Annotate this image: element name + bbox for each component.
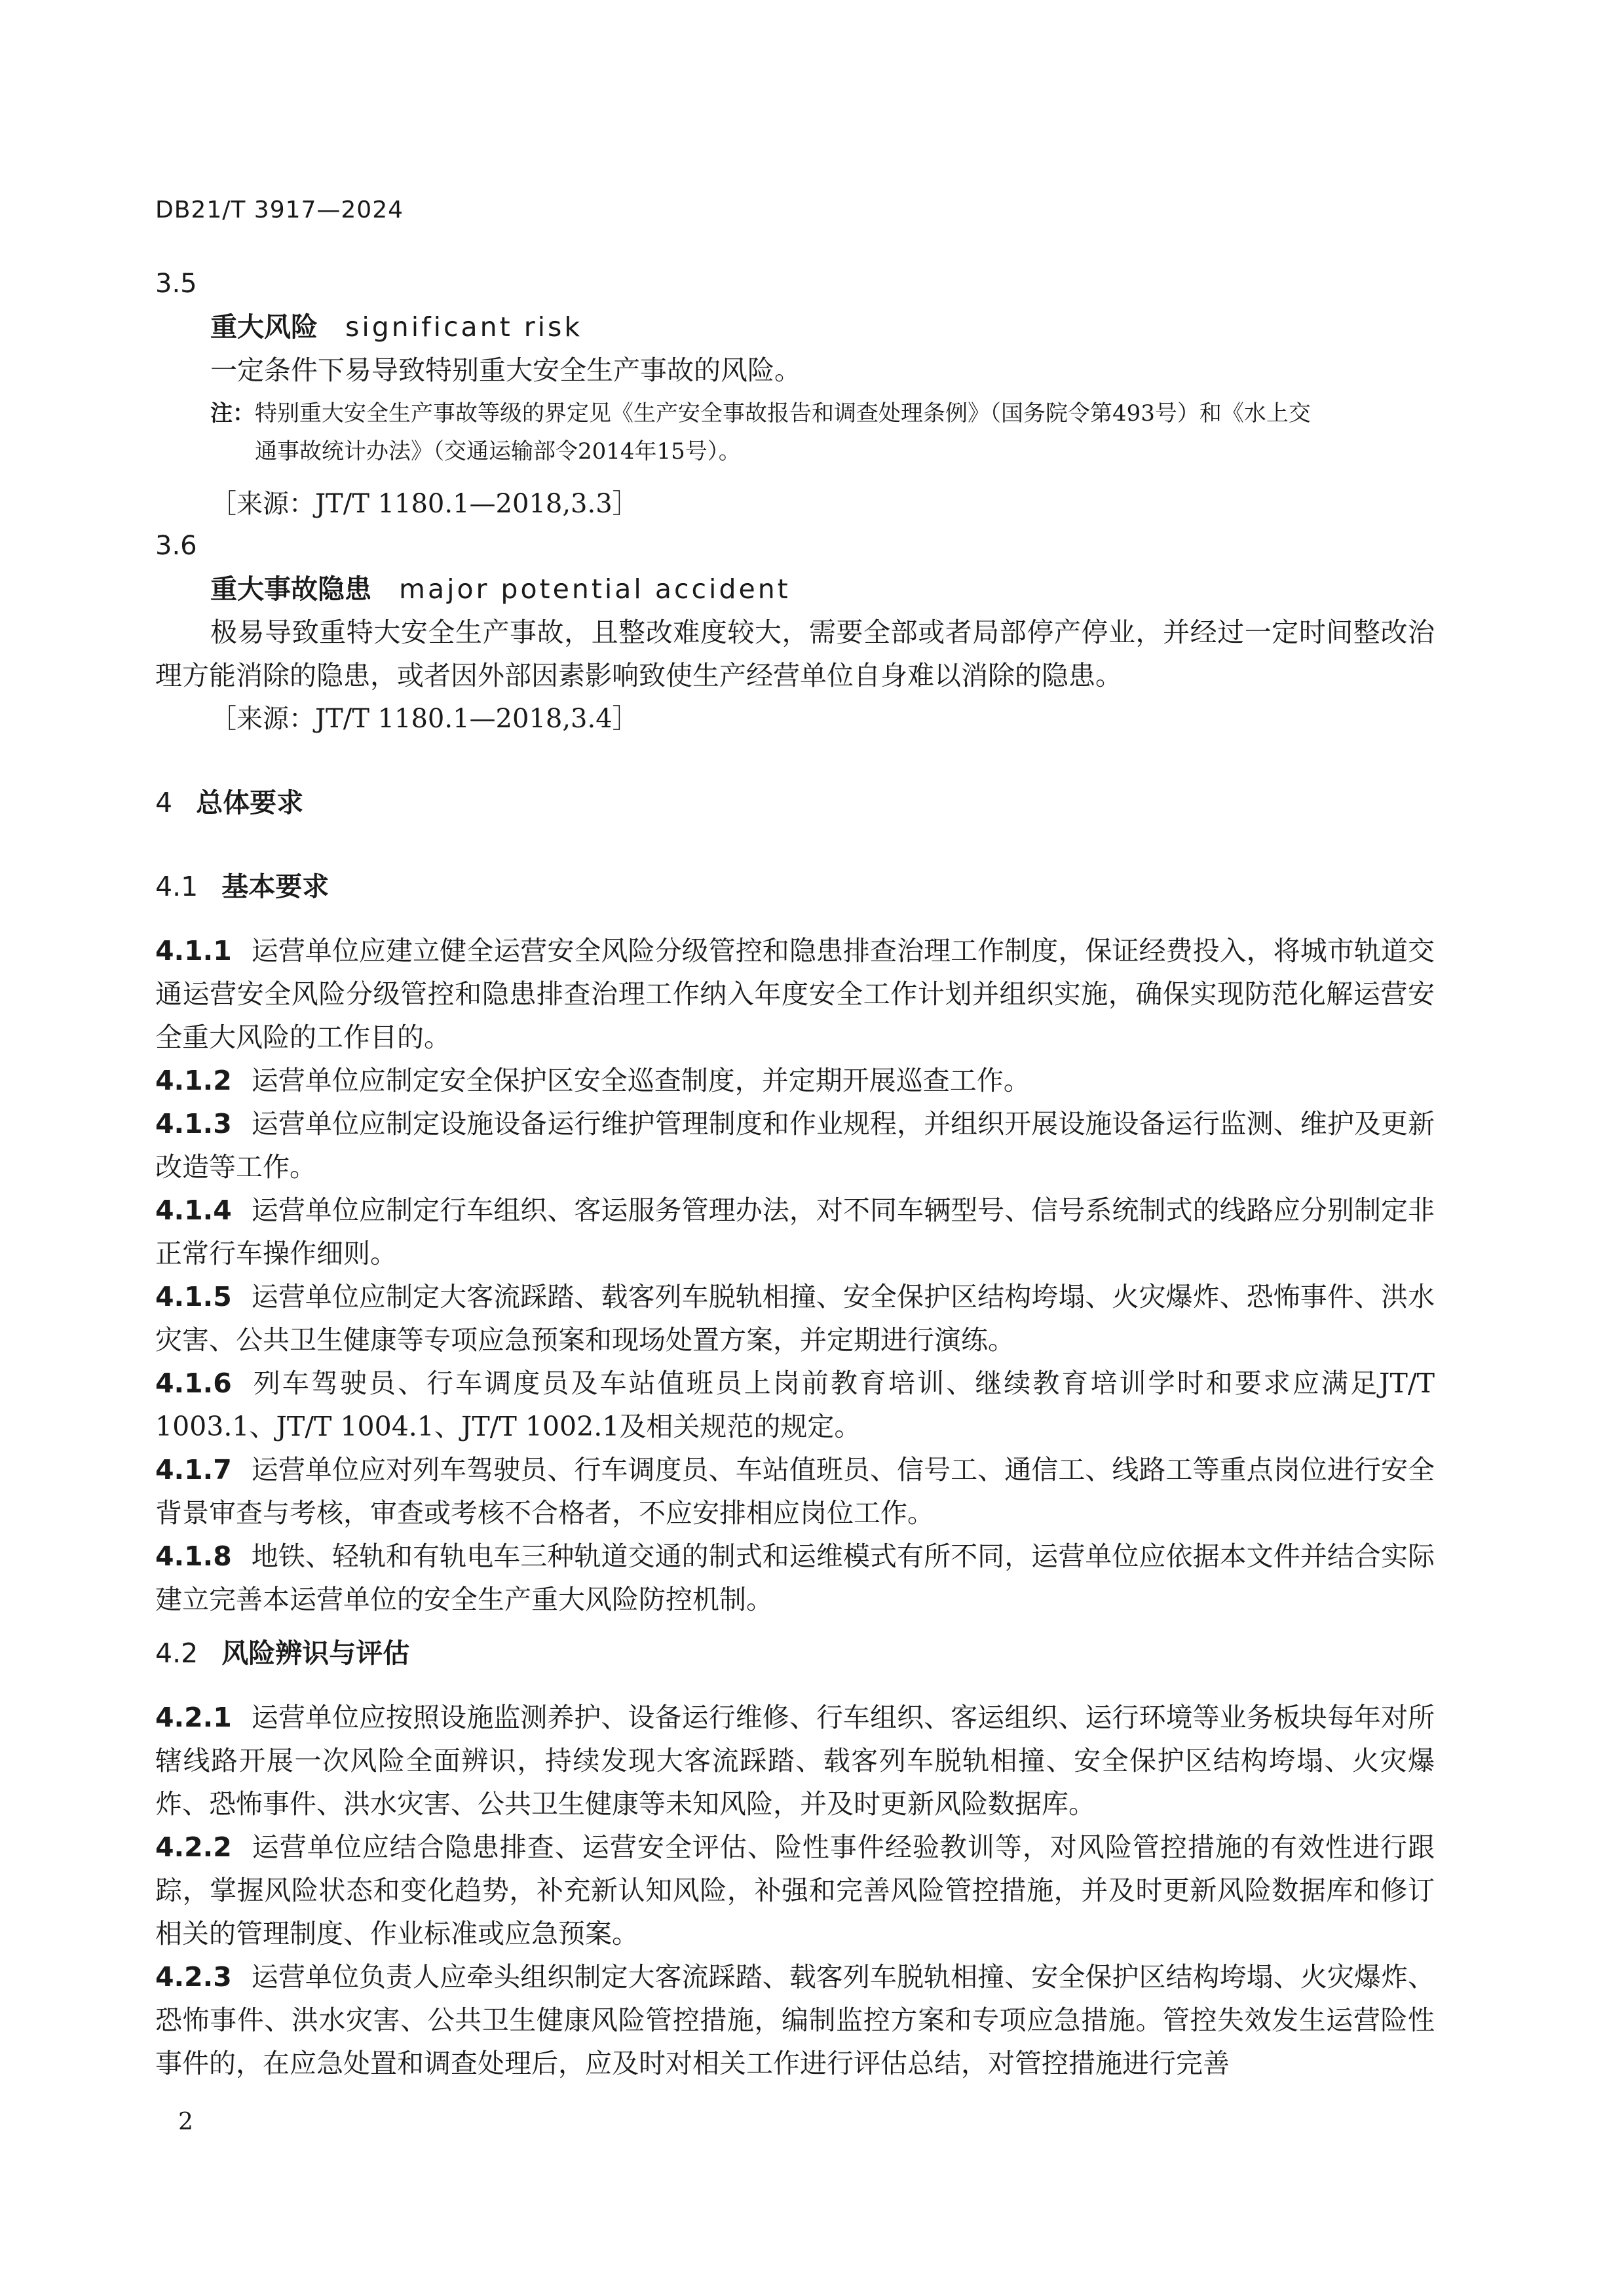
clause-text: 运营单位应制定安全保护区安全巡查制度，并定期开展巡查工作。 [252,1065,1030,1096]
clause-text: 地铁、轻轨和有轨电车三种轨道交通的制式和运维模式有所不同，运营单位应依据本文件并… [155,1540,1435,1615]
clause-number: 4.1.2 [155,1065,232,1096]
clause-4-1-1: 4.1.1运营单位应建立健全运营安全风险分级管控和隐患排查治理工作制度，保证经费… [155,929,1435,1059]
term-en: significant risk [345,311,582,343]
term-significant-risk: 重大风险significant risk [155,305,1490,349]
note-line-2: 通事故统计办法》（交通运输部令2014年15号）。 [210,432,1490,470]
definition-3-5: 一定条件下易导致特别重大安全生产事故的风险。 [155,349,1435,392]
clause-4-2-2: 4.2.2运营单位应结合隐患排查、运营安全评估、险性事件经验教训等，对风险管控措… [155,1826,1435,1955]
clause-4-2-1: 4.2.1运营单位应按照设施监测养护、设备运行维修、行车组织、客运组织、运行环境… [155,1696,1435,1826]
clause-number: 4.1.6 [155,1368,232,1399]
section-number: 4.2 [155,1637,198,1669]
clause-number: 4.2.3 [155,1961,232,1993]
note-label: 注： [210,400,255,427]
clause-4-1-3: 4.1.3运营单位应制定设施设备运行维护管理制度和作业规程，并组织开展设施设备运… [155,1102,1435,1189]
clause-number: 4.1.5 [155,1281,232,1312]
clause-4-1-4: 4.1.4运营单位应制定行车组织、客运服务管理办法，对不同车辆型号、信号系统制式… [155,1189,1435,1275]
definition-3-6: 极易导致重特大安全生产事故，且整改难度较大，需要全部或者局部停产停业，并经过一定… [155,611,1435,697]
clause-4-1-8: 4.1.8地铁、轻轨和有轨电车三种轨道交通的制式和运维模式有所不同，运营单位应依… [155,1535,1435,1621]
clause-text: 运营单位应按照设施监测养护、设备运行维修、行车组织、客运组织、运行环境等业务板块… [155,1702,1435,1820]
clause-4-1-6: 4.1.6列车驾驶员、行车调度员及车站值班员上岗前教育培训、继续教育培训学时和要… [155,1362,1435,1448]
term-zh: 重大事故隐患 [210,573,371,605]
section-heading-4-2: 4.2风险辨识与评估 [155,1632,1435,1675]
clause-number: 4.1.3 [155,1108,232,1139]
clause-text: 运营单位应建立健全运营安全风险分级管控和隐患排查治理工作制度，保证经费投入，将城… [155,935,1435,1053]
clause-text: 运营单位应对列车驾驶员、行车调度员、车站值班员、信号工、通信工、线路工等重点岗位… [155,1454,1435,1529]
clause-4-1-2: 4.1.2运营单位应制定安全保护区安全巡查制度，并定期开展巡查工作。 [155,1059,1435,1102]
term-zh: 重大风险 [210,311,318,343]
chapter-number: 4 [155,787,172,818]
clause-text: 列车驾驶员、行车调度员及车站值班员上岗前教育培训、继续教育培训学时和要求应满足J… [155,1368,1435,1442]
clause-number: 4.2.2 [155,1831,232,1863]
clause-text: 运营单位应结合隐患排查、运营安全评估、险性事件经验教训等，对风险管控措施的有效性… [155,1831,1435,1949]
document-code-header: DB21/T 3917—2024 [155,197,404,223]
clause-4-1-7: 4.1.7运营单位应对列车驾驶员、行车调度员、车站值班员、信号工、通信工、线路工… [155,1448,1435,1535]
chapter-heading-4: 4总体要求 [155,781,1435,824]
clause-number: 4.1.7 [155,1454,232,1485]
clause-4-2-3: 4.2.3运营单位负责人应牵头组织制定大客流踩踏、载客列车脱轨相撞、安全保护区结… [155,1955,1435,2085]
clause-text: 运营单位应制定大客流踩踏、载客列车脱轨相撞、安全保护区结构垮塌、火灾爆炸、恐怖事… [155,1281,1435,1356]
section-number-3-6: 3.6 [155,524,1435,567]
clause-text: 运营单位应制定设施设备运行维护管理制度和作业规程，并组织开展设施设备运行监测、维… [155,1108,1435,1183]
page-number: 2 [178,2109,193,2135]
chapter-title: 总体要求 [196,787,303,818]
section-title: 基本要求 [221,871,329,902]
clause-number: 4.1.4 [155,1195,232,1226]
document-page: DB21/T 3917—2024 3.5 重大风险significant ris… [0,0,1624,2296]
note-line-1: 特别重大安全生产事故等级的界定见《生产安全事故报告和调查处理条例》（国务院令第4… [255,400,1311,427]
term-major-potential-accident: 重大事故隐患major potential accident [155,567,1490,611]
section-number: 4.1 [155,871,198,902]
source-3-5: ［来源：JT/T 1180.1—2018,3.3］ [155,482,1490,526]
section-title: 风险辨识与评估 [221,1637,409,1669]
clause-4-1-5: 4.1.5运营单位应制定大客流踩踏、载客列车脱轨相撞、安全保护区结构垮塌、火灾爆… [155,1275,1435,1362]
clause-text: 运营单位应制定行车组织、客运服务管理办法，对不同车辆型号、信号系统制式的线路应分… [155,1195,1435,1269]
term-en: major potential accident [399,573,791,605]
clause-number: 4.2.1 [155,1702,232,1733]
note-3-5: 注：特别重大安全生产事故等级的界定见《生产安全事故报告和调查处理条例》（国务院令… [155,394,1490,470]
source-3-6: ［来源：JT/T 1180.1—2018,3.4］ [155,697,1490,740]
section-heading-4-1: 4.1基本要求 [155,865,1435,908]
clause-number: 4.1.1 [155,935,232,966]
clause-number: 4.1.8 [155,1540,232,1572]
clause-text: 运营单位负责人应牵头组织制定大客流踩踏、载客列车脱轨相撞、安全保护区结构垮塌、火… [155,1961,1435,2079]
section-number-3-5: 3.5 [155,262,1435,305]
